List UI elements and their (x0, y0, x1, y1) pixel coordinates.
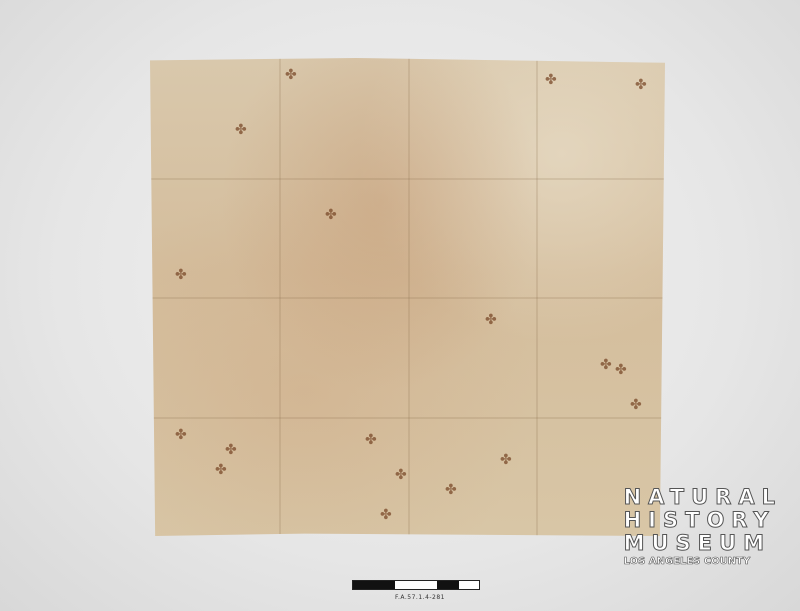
logo-line-museum: MUSEUM (624, 532, 782, 555)
motif-icon: ✤ (380, 508, 392, 522)
motif-icon: ✤ (445, 483, 457, 497)
fold-line (150, 178, 665, 180)
motif-icon: ✤ (215, 463, 227, 477)
motif-icon: ✤ (175, 268, 187, 282)
logo-line-natural: NATURAL (624, 486, 782, 509)
scale-segment (437, 581, 459, 589)
motif-icon: ✤ (285, 68, 297, 82)
motif-icon: ✤ (485, 313, 497, 327)
motif-icon: ✤ (365, 433, 377, 447)
catalog-number: F.A.57.1.4-281 (395, 594, 445, 601)
fold-line (150, 417, 665, 419)
nhm-logo: NATURAL HISTORY MUSEUM LOS ANGELES COUNT… (624, 486, 782, 569)
motif-icon: ✤ (635, 78, 647, 92)
logo-line-county: LOS ANGELES COUNTY (624, 555, 782, 569)
fold-line (150, 297, 665, 299)
bark-cloth-textile: ✤ ✤ ✤ ✤ ✤ ✤ ✤ ✤ ✤ ✤ ✤ ✤ ✤ ✤ ✤ ✤ ✤ ✤ (150, 58, 665, 536)
motif-icon: ✤ (235, 123, 247, 137)
motif-icon: ✤ (175, 428, 187, 442)
motif-icon: ✤ (600, 358, 612, 372)
scale-bar (352, 580, 480, 590)
motif-icon: ✤ (225, 443, 237, 457)
motif-icon: ✤ (545, 73, 557, 87)
scale-segment (353, 581, 395, 589)
motif-icon: ✤ (615, 363, 627, 377)
motif-icon: ✤ (395, 468, 407, 482)
motif-icon: ✤ (630, 398, 642, 412)
motif-icon: ✤ (325, 208, 337, 222)
motif-icon: ✤ (500, 453, 512, 467)
logo-line-history: HISTORY (624, 509, 782, 532)
